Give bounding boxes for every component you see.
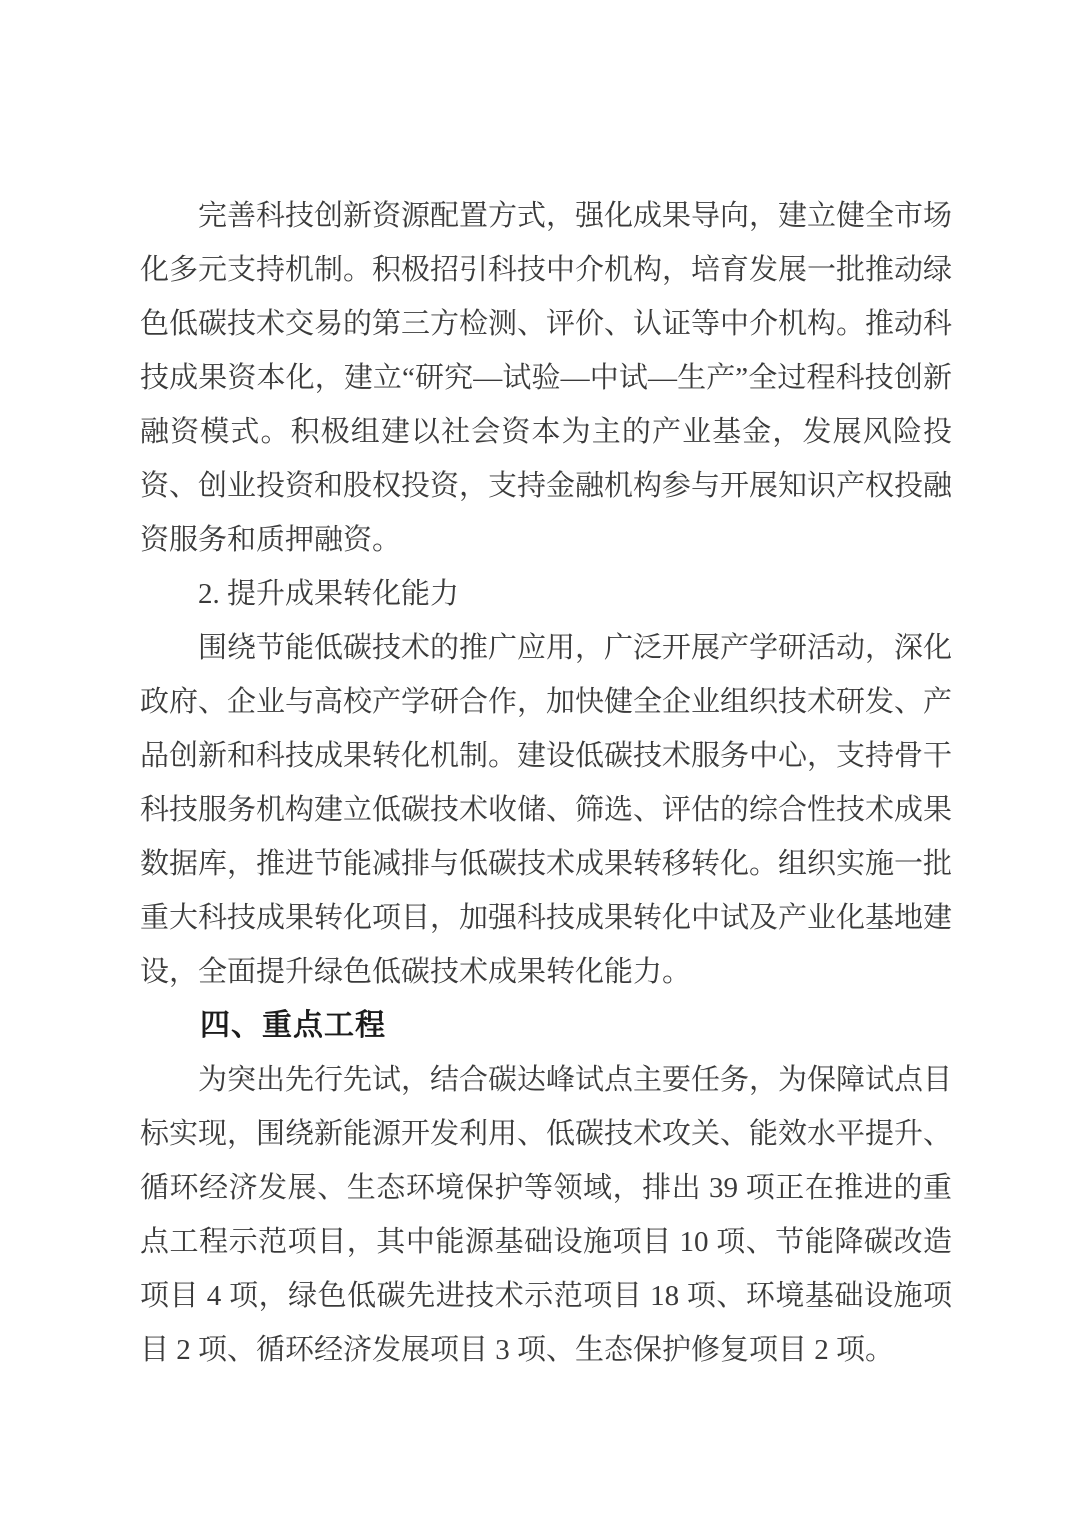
document-page: 完善科技创新资源配置方式，强化成果导向，建立健全市场化多元支持机制。积极招引科技…: [0, 0, 1080, 1527]
paragraph-key-projects: 为突出先行先试，结合碳达峰试点主要任务，为保障试点目标实现，围绕新能源开发利用、…: [140, 1053, 952, 1377]
document-text-block: 完善科技创新资源配置方式，强化成果导向，建立健全市场化多元支持机制。积极招引科技…: [140, 189, 952, 1377]
section-heading-key-projects: 四、重点工程: [140, 999, 952, 1053]
subheading-improve-transformation-capacity: 2. 提升成果转化能力: [140, 567, 952, 621]
paragraph-funding-mechanism: 完善科技创新资源配置方式，强化成果导向，建立健全市场化多元支持机制。积极招引科技…: [140, 189, 952, 567]
paragraph-transformation-capacity: 围绕节能低碳技术的推广应用，广泛开展产学研活动，深化政府、企业与高校产学研合作，…: [140, 621, 952, 999]
